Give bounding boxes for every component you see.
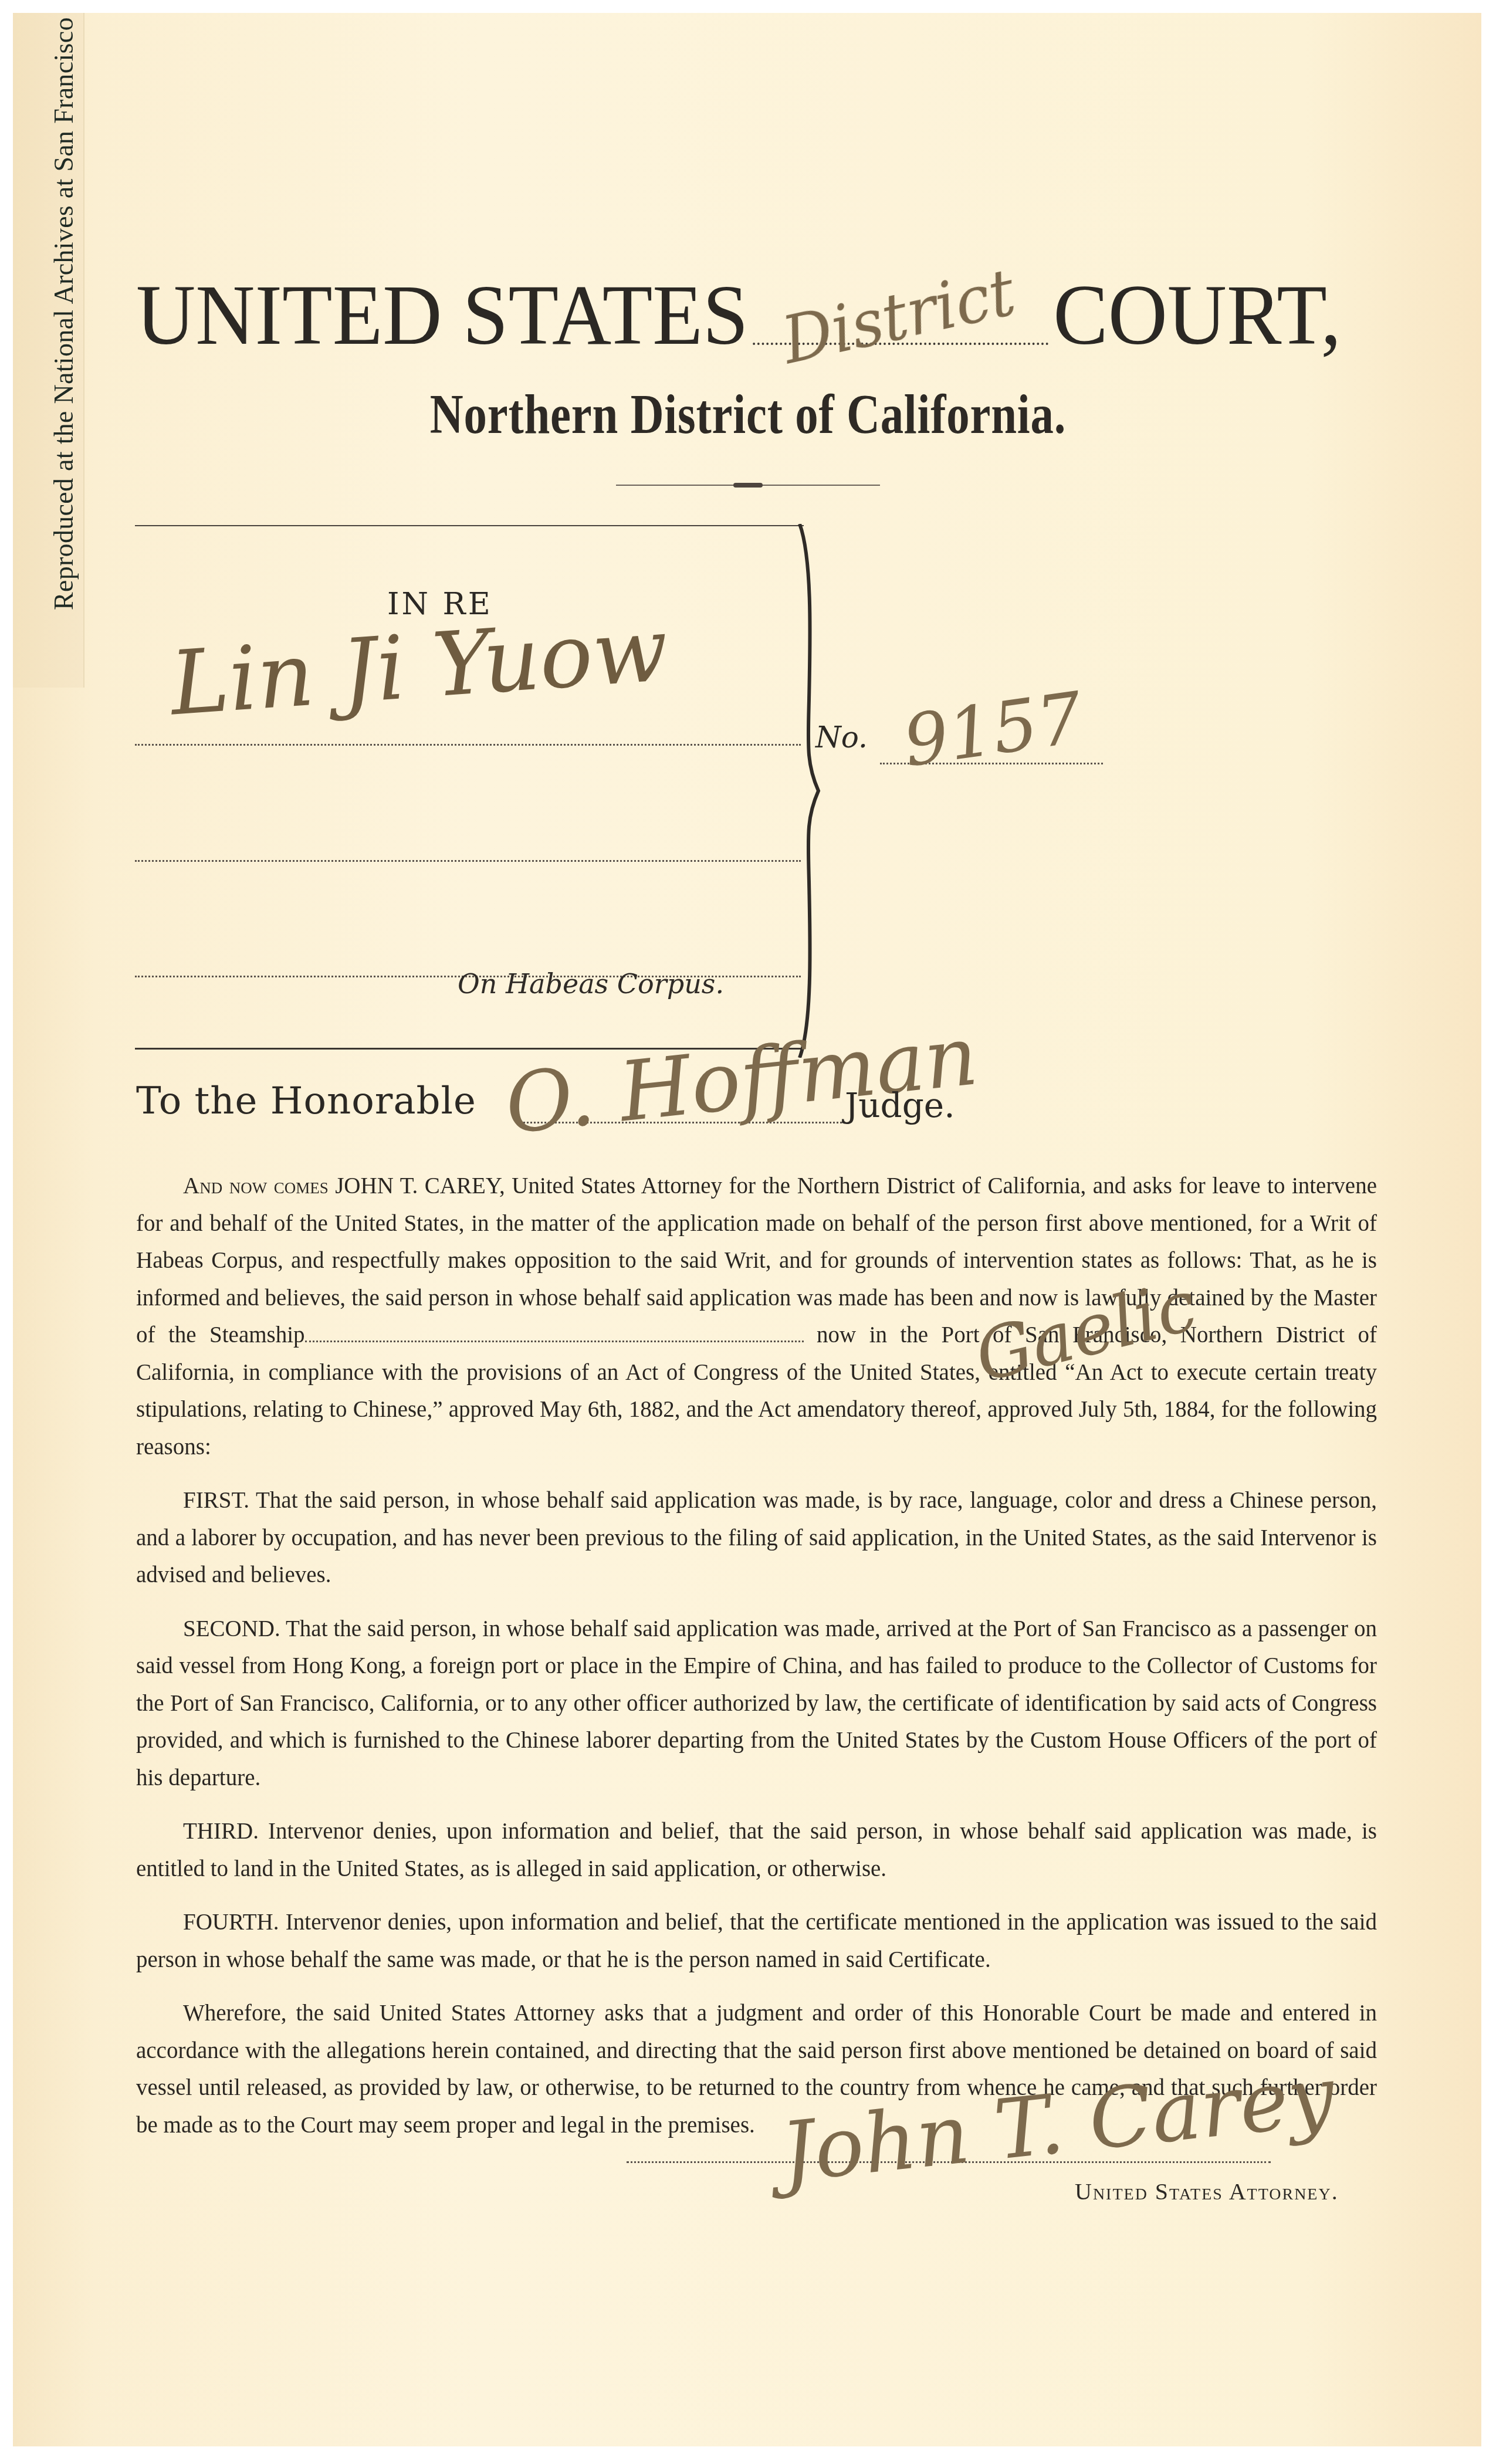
intro-smallcaps: And now comes	[183, 1173, 329, 1199]
court-type-field[interactable]: District	[753, 337, 1049, 345]
attorney-title: United States Attorney.	[1075, 2178, 1339, 2205]
reason-third: THIRD. Intervenor denies, upon informati…	[136, 1813, 1377, 1887]
steamship-name-field[interactable]	[305, 1335, 804, 1342]
petitioner-line-2[interactable]	[135, 860, 801, 862]
reason-second: SECOND. That the said person, in whose b…	[136, 1610, 1377, 1797]
on-habeas-corpus-label: On Habeas Corpus.	[458, 968, 724, 1000]
title-right: COURT,	[1053, 272, 1341, 358]
ornament-divider	[616, 485, 880, 488]
reason-fourth: FOURTH. Intervenor denies, upon informat…	[136, 1904, 1377, 1978]
reason-first: FIRST. That the said person, in whose be…	[136, 1482, 1377, 1594]
case-number-label: No.	[815, 720, 868, 754]
address-prefix: To the Honorable	[136, 1079, 476, 1123]
title-left: UNITED STATES	[136, 272, 749, 358]
curly-brace-icon	[795, 524, 836, 1058]
archive-stamp-text: Reproduced at the National Archives at S…	[48, 17, 79, 610]
district-subtitle: Northern District of California.	[135, 381, 1362, 446]
caption-top-rule	[135, 525, 804, 526]
judge-label: Judge.	[845, 1085, 955, 1125]
petitioner-line-1[interactable]	[135, 744, 801, 746]
court-title: UNITED STATES District COURT,	[136, 282, 1341, 358]
